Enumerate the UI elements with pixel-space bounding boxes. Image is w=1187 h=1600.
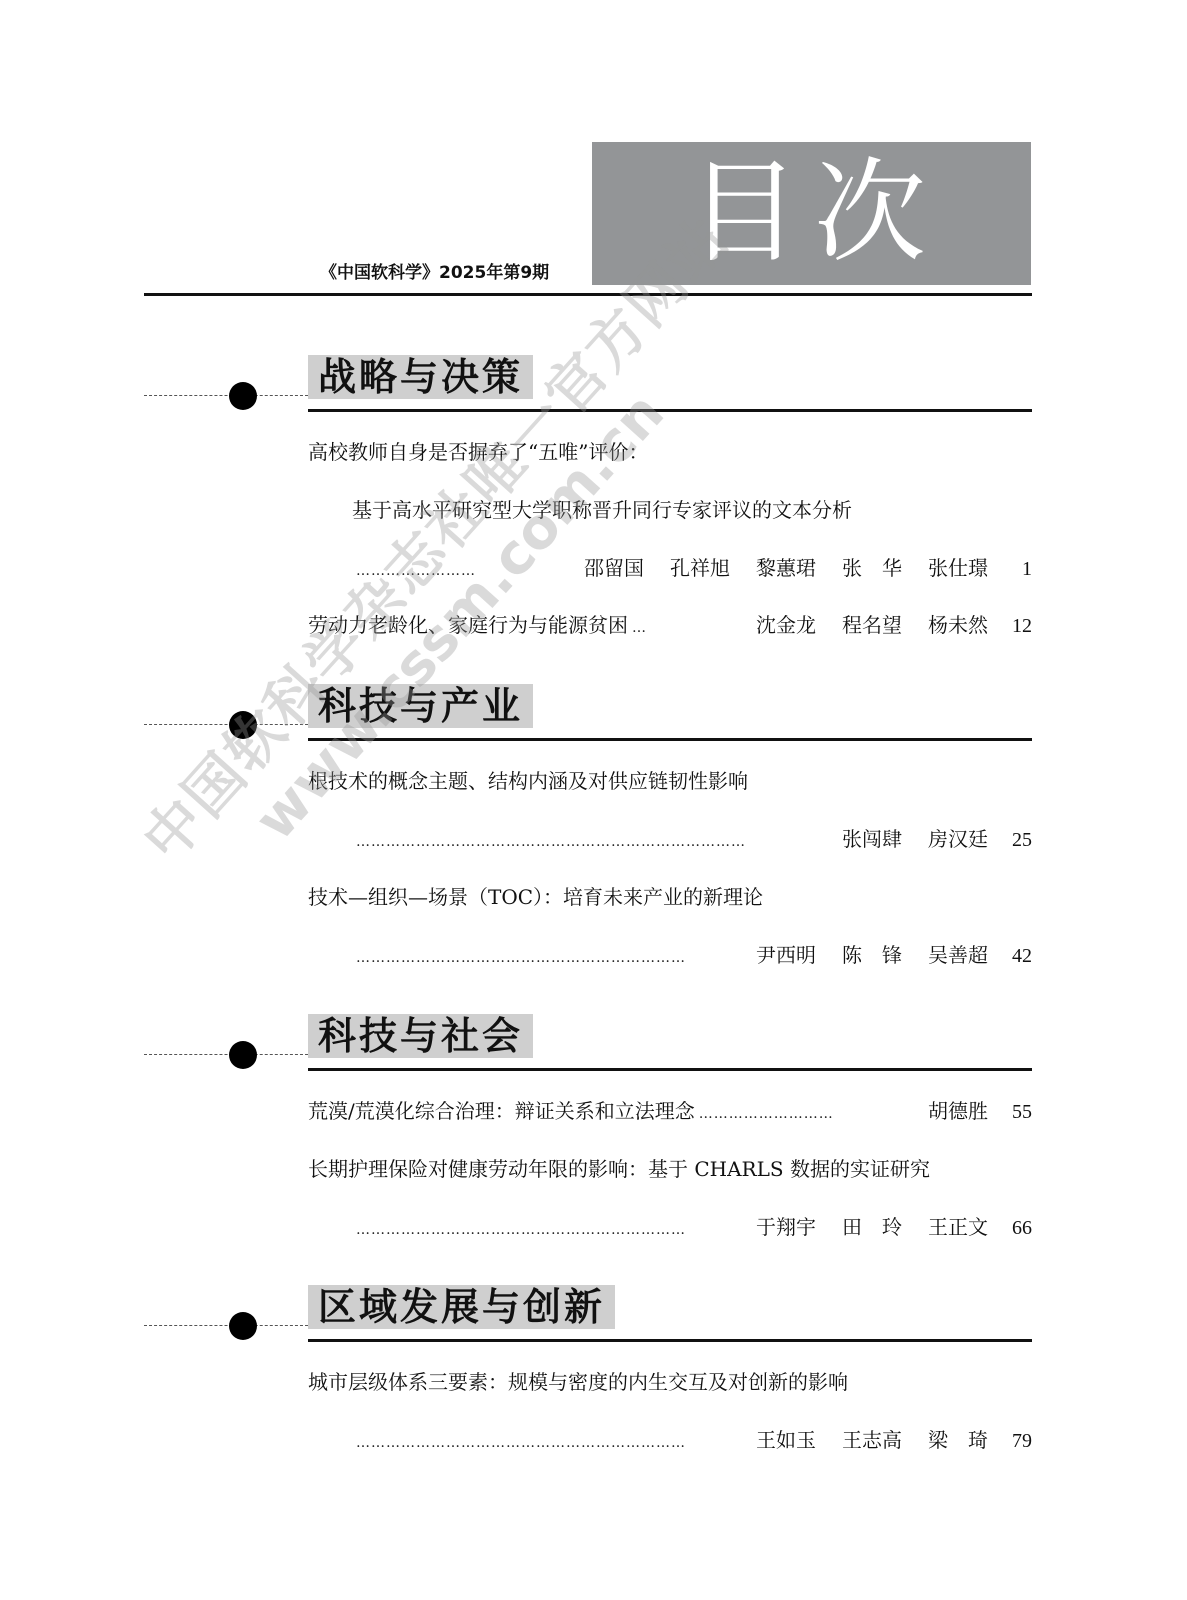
- author: 沈金龙: [756, 610, 816, 640]
- author-list: 胡德胜: [928, 1096, 988, 1126]
- bullet-dot-icon: [229, 382, 257, 410]
- author-list: 沈金龙 程名望 杨未然: [756, 610, 988, 640]
- dashed-line: [144, 1054, 308, 1055]
- author: 张 华: [842, 553, 902, 583]
- author: 邵留国: [584, 553, 644, 583]
- toc-entry-title[interactable]: 根技术的概念主题、结构内涵及对供应链韧性影响: [308, 766, 1032, 796]
- dashed-line: [144, 724, 308, 725]
- author: 张仕璟: [928, 553, 988, 583]
- section-header-strategy: 战略与决策: [0, 355, 1187, 435]
- toc-entry-title[interactable]: 长期护理保险对健康劳动年限的影响：基于 CHARLS 数据的实证研究: [308, 1154, 1032, 1184]
- toc-entry-subtitle[interactable]: 基于高水平研究型大学职称晋升同行专家评议的文本分析: [352, 495, 1032, 525]
- toc-entry-title[interactable]: 高校教师自身是否摒弃了“五唯”评价：: [308, 437, 1032, 467]
- toc-entry-title[interactable]: 城市层级体系三要素：规模与密度的内生交互及对创新的影响: [308, 1367, 1032, 1397]
- page-number[interactable]: 25: [988, 825, 1032, 855]
- dashed-line: [144, 395, 308, 396]
- toc-entry-byline: ………………………………………………………… 于翔宇 田 玲 王正文 66: [352, 1212, 1032, 1242]
- section-label: 战略与决策: [308, 355, 533, 399]
- author: 梁 琦: [928, 1425, 988, 1455]
- author-list: 于翔宇 田 玲 王正文: [756, 1212, 988, 1242]
- article-title[interactable]: 长期护理保险对健康劳动年限的影响：基于 CHARLS 数据的实证研究: [308, 1154, 930, 1184]
- article-title[interactable]: 技术—组织—场景（TOC）：培育未来产业的新理论: [308, 882, 763, 912]
- author: 吴善超: [928, 940, 988, 970]
- author: 程名望: [842, 610, 902, 640]
- page-number[interactable]: 79: [988, 1426, 1032, 1456]
- article-title[interactable]: 荒漠/荒漠化综合治理：辩证关系和立法理念: [308, 1096, 695, 1126]
- section-header-regional-innovation: 区域发展与创新: [0, 1285, 1187, 1365]
- author-list: 尹西明 陈 锋 吴善超: [756, 940, 988, 970]
- dot-leader: ………………………: [699, 1099, 920, 1129]
- toc-entry[interactable]: 劳动力老龄化、家庭行为与能源贫困 … 沈金龙 程名望 杨未然 12: [308, 610, 1032, 640]
- author-list: 王如玉 王志高 梁 琦: [756, 1425, 988, 1455]
- author: 孔祥旭: [670, 553, 730, 583]
- author: 于翔宇: [756, 1212, 816, 1242]
- page-number[interactable]: 1: [988, 554, 1032, 584]
- page-number[interactable]: 55: [988, 1097, 1032, 1127]
- issue-label: 《中国软科学》2025年第9期: [320, 258, 549, 283]
- page-number[interactable]: 42: [988, 941, 1032, 971]
- toc-entry-byline: ………………………………………………………… 王如玉 王志高 梁 琦 79: [352, 1425, 1032, 1455]
- bullet-dot-icon: [229, 1312, 257, 1340]
- author: 黎蕙珺: [756, 553, 816, 583]
- section-label: 科技与产业: [308, 684, 533, 728]
- dot-leader: ……………………………………………………………………: [356, 827, 834, 857]
- author: 陈 锋: [842, 940, 902, 970]
- page-number[interactable]: 66: [988, 1213, 1032, 1243]
- author: 王志高: [842, 1425, 902, 1455]
- section-rule: [308, 1339, 1032, 1342]
- author: 胡德胜: [928, 1096, 988, 1126]
- section-rule: [308, 1068, 1032, 1071]
- dot-leader: …………………………………………………………: [356, 1428, 748, 1458]
- author: 王如玉: [756, 1425, 816, 1455]
- author-list: 邵留国 孔祥旭 黎蕙珺 张 华 张仕璟: [584, 553, 988, 583]
- page-title: 目次: [688, 146, 940, 280]
- bullet-dot-icon: [229, 711, 257, 739]
- article-subtitle[interactable]: 基于高水平研究型大学职称晋升同行专家评议的文本分析: [352, 495, 852, 525]
- toc-entry-byline: …………………… 邵留国 孔祥旭 黎蕙珺 张 华 张仕璟 1: [352, 553, 1032, 583]
- article-title[interactable]: 劳动力老龄化、家庭行为与能源贫困: [308, 610, 628, 640]
- article-title[interactable]: 城市层级体系三要素：规模与密度的内生交互及对创新的影响: [308, 1367, 848, 1397]
- section-header-tech-industry: 科技与产业: [0, 684, 1187, 764]
- dashed-line: [144, 1325, 308, 1326]
- author: 尹西明: [756, 940, 816, 970]
- dot-leader: …………………………………………………………: [356, 1215, 748, 1245]
- dot-leader: …: [632, 613, 748, 643]
- toc-entry[interactable]: 荒漠/荒漠化综合治理：辩证关系和立法理念 ……………………… 胡德胜 55: [308, 1096, 1032, 1126]
- author: 杨未然: [928, 610, 988, 640]
- page-number[interactable]: 12: [988, 611, 1032, 641]
- toc-entry-byline: ………………………………………………………… 尹西明 陈 锋 吴善超 42: [352, 940, 1032, 970]
- author: 田 玲: [842, 1212, 902, 1242]
- dot-leader: ……………………: [356, 556, 576, 586]
- author-list: 张闯肆 房汉廷: [842, 824, 988, 854]
- article-title[interactable]: 根技术的概念主题、结构内涵及对供应链韧性影响: [308, 766, 748, 796]
- author: 张闯肆: [842, 824, 902, 854]
- article-title[interactable]: 高校教师自身是否摒弃了“五唯”评价：: [308, 437, 648, 467]
- section-rule: [308, 409, 1032, 412]
- toc-entry-title[interactable]: 技术—组织—场景（TOC）：培育未来产业的新理论: [308, 882, 1032, 912]
- toc-entry-byline: …………………………………………………………………… 张闯肆 房汉廷 25: [352, 824, 1032, 854]
- section-label: 科技与社会: [308, 1014, 533, 1058]
- section-rule: [308, 738, 1032, 741]
- header-divider: [144, 293, 1032, 296]
- author: 房汉廷: [928, 824, 988, 854]
- dot-leader: …………………………………………………………: [356, 943, 748, 973]
- title-banner: 目次: [592, 142, 1031, 285]
- section-header-tech-society: 科技与社会: [0, 1014, 1187, 1094]
- section-label: 区域发展与创新: [308, 1285, 615, 1329]
- author: 王正文: [928, 1212, 988, 1242]
- bullet-dot-icon: [229, 1041, 257, 1069]
